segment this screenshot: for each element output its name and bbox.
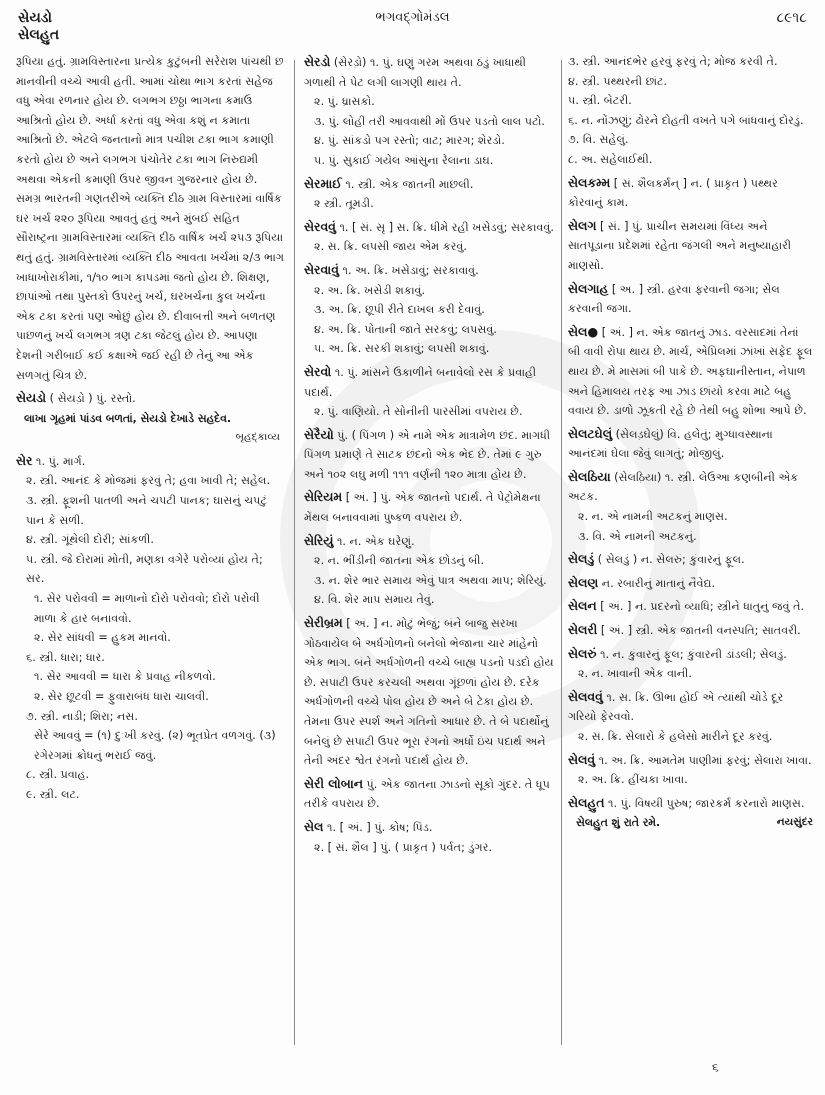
- headword: સેરડો: [304, 54, 330, 69]
- paragraph-continuation: રૂપિયા હતું. ગ્રામવિસ્તારના પ્રત્યેક કુટ…: [16, 52, 284, 385]
- definition: ૧. [ સં. સૃ ] સ. ક્રિ. ધીમે રહી ખસેડવું;…: [339, 221, 553, 234]
- headword: સેલગાહ: [568, 281, 608, 296]
- dictionary-entry: સેરમાઈ ૧. સ્ત્રી. એક જાતની માછલી. ૨ સ્ત્…: [304, 174, 554, 214]
- page-header: સેયડો સેલહુત ભગવદ્ગોમંડલ ૮૯૧૮: [18, 10, 807, 46]
- columns: રૂપિયા હતું. ગ્રામવિસ્તારના પ્રત્યેક કુટ…: [16, 52, 811, 1052]
- definition: ( સેયડ઼ો ) પું. રસ્તો.: [50, 392, 136, 405]
- definition: ૧. અ. ક્રિ. આમતેમ પાણીમાં ફરવું; સેલારા …: [599, 754, 812, 767]
- sense: ૫. સ્ત્રી. જે દોરામાં મોતી, મણકા વગેરે પ…: [16, 550, 284, 589]
- sense: ૫. સ્ત્રી. બેટરી.: [568, 91, 813, 111]
- sense: ૨. અ. ક્રિ. હીંચકા ખાવા.: [568, 770, 813, 790]
- sense: ૩. પું. લોહી તરી આવવાથી મોં ઉપર પડતો લાલ…: [304, 112, 554, 132]
- dictionary-entry: સેલગાહ [ અ. ] સ્ત્રી. હરવા ફરવાની જગા; સ…: [568, 279, 813, 319]
- guide-word-bottom: સેલહુત: [18, 27, 59, 43]
- definition: ( સેલડ઼ું ) ન. સેલરું; કુંવારનું ફૂલ.: [598, 553, 745, 566]
- sense: ૬. સ્ત્રી. ધારા; ધાર.: [16, 648, 284, 668]
- definition: [ અં. ] ન. પ્રદરનો વ્યાધિ; સ્ત્રીને ધાતુ…: [600, 600, 804, 613]
- dictionary-entry: સેલ● [ અં. ] ન. એક જાતનું ઝાડ. વરસાદમાં …: [568, 322, 813, 421]
- definition: (સેરડ઼ો) ૧. પું. ઘણું ગરમ અથવા ઠંડું ખાધ…: [304, 56, 526, 89]
- definition: ૧. પું. માર્ગ.: [36, 455, 85, 468]
- sense: ૩. વિ. એ નામની અટકનું.: [568, 527, 813, 547]
- sense: ૩. સ્ત્રી. ફૂશની પાતળી અને ચપટી પાનક; ઘા…: [16, 491, 284, 530]
- headword: સેલન: [568, 598, 597, 613]
- dictionary-entry: સેરડો (સેરડ઼ો) ૧. પું. ઘણું ગરમ અથવા ઠંડ…: [304, 52, 554, 171]
- headword: સેલવવું: [568, 689, 603, 704]
- definition: પું. ( પિંગળ ) એ નામે એક માત્રામેળ છંદ. …: [304, 429, 550, 481]
- sense: ૨. ન. ખાવાની એક વાની.: [568, 664, 813, 684]
- definition: ૧. ન. કુંવારનું ફૂલ; કુંવારની ડાંડલી; સે…: [600, 648, 787, 661]
- footer-mark: ૬: [712, 1060, 719, 1075]
- idiom: સેરે આવવું = (૧) દુઃખી કરવું. (૨) ભૂતપ્ર…: [16, 726, 284, 765]
- dictionary-entry: સેર ૧. પું. માર્ગ. ૨. સ્ત્રી. આનંદ કે મો…: [16, 451, 284, 805]
- book-title: ભગવદ્ગોમંડલ: [18, 10, 807, 25]
- quotation-source: નયસુંદર: [777, 813, 813, 833]
- dictionary-entry: સેલ ૧. [ અં. ] પું. કોષ; પિંડ. ૨. [ સં. …: [304, 817, 554, 857]
- headword: સેલવું: [568, 752, 595, 767]
- headword: સેરિયમ: [304, 489, 342, 504]
- dictionary-entry: સેલડું ( સેલડ઼ું ) ન. સેલરું; કુંવારનું …: [568, 549, 813, 570]
- sense: ૨. સ. ક્રિ. લપસી જાય એમ કરવું.: [304, 237, 554, 257]
- headword: સેરવો: [304, 364, 331, 379]
- dictionary-entry: સેરવાવું ૧. અ. ક્રિ. ખસેડાવું; સરકાવાવું…: [304, 260, 554, 359]
- idiom: ૨. સેર સાંધવી = હુકમ માનવો.: [16, 628, 284, 648]
- sense: ૨. અ. ક્રિ. ખસેડી શકાવું.: [304, 281, 554, 301]
- dictionary-entry: સેલવું ૧. અ. ક્રિ. આમતેમ પાણીમાં ફરવું; …: [568, 750, 813, 790]
- sense: ૭. વિ. સહેલું.: [568, 130, 813, 150]
- idiom: ૧. સેર પરોવવી = માળાનો દોરો પરોવવો; દોરો…: [16, 589, 284, 628]
- headword: સેલણ: [568, 575, 598, 590]
- sense: ૨. પું. વાણિયો. તે સોનીની પારસીમાં વપરાય…: [304, 402, 554, 422]
- sense: ૫. અ. ક્રિ. સરકી શકાવું; લપસી શકાવું.: [304, 339, 554, 359]
- headword: સેરવવું: [304, 219, 336, 234]
- headword: સેરવાવું: [304, 262, 339, 277]
- headword: સેરીબ્રમ: [304, 615, 343, 630]
- column-right: ૩. સ્ત્રી. આનંદભેર હરવું ફરવું તે; મોજ ક…: [568, 52, 813, 1052]
- dictionary-entry: સેલણ ન. રબારીનું માતાનું નૈવેદ્ય.: [568, 573, 813, 594]
- dictionary-entry: સેલન [ અં. ] ન. પ્રદરનો વ્યાધિ; સ્ત્રીને…: [568, 596, 813, 617]
- headword: સેર: [16, 453, 32, 468]
- headword: સેરી લોબાન: [304, 776, 363, 791]
- headword: સેલટઘેલું: [568, 426, 612, 441]
- definition: [ અં. ] ન. એક જાતનું ઝાડ. વરસાદમાં તેનાં…: [568, 326, 812, 417]
- headword: સેયડો: [16, 390, 46, 405]
- quotation-text: સેલહુત શું રાતે રમે.: [576, 816, 660, 829]
- sense: ૨. સ. ક્રિ. સેલારો કે હલેસો મારીને દૂર ક…: [568, 727, 813, 747]
- definition: [ અં. ] ન. મોટું ભેજું; બંને બાજુ સરખા ગ…: [304, 617, 554, 767]
- dictionary-entry: સેરૈયો પું. ( પિંગળ ) એ નામે એક માત્રામે…: [304, 425, 554, 485]
- sense: ૩. અ. ક્રિ. છૂપી રીતે દાખલ કરી દેવાવું.: [304, 300, 554, 320]
- continued-senses: ૩. સ્ત્રી. આનંદભેર હરવું ફરવું તે; મોજ ક…: [568, 52, 813, 170]
- column-divider: [561, 60, 562, 1045]
- sense: ૪. સ્ત્રી. ગૂંથેલી દોરી; સાંકળી.: [16, 530, 284, 550]
- quotation-source: બૃહદ્કાવ્ય: [16, 428, 284, 448]
- dictionary-entry: સેલઠિયા (સેલઠ઼િયા) ૧. સ્ત્રી. લેઉઆ કણબીન…: [568, 467, 813, 546]
- idiom: ૧. સેર આવવી = ધારા કે પ્રવાહ નીકળવો.: [16, 667, 284, 687]
- quotation: સેલહુત શું રાતે રમે. નયસુંદર: [568, 813, 813, 833]
- sense: ૨. [ સં. શૈલ ] પું. ( પ્રાકૃત ) પર્વત; ડ…: [304, 838, 554, 858]
- sense: ૪. સ્ત્રી. પથ્થરની છાંટ.: [568, 72, 813, 92]
- column-divider: [294, 60, 295, 1045]
- headword: સેલરું: [568, 646, 597, 661]
- headword: સેલડું: [568, 551, 594, 566]
- dictionary-entry: સેરવવું ૧. [ સં. સૃ ] સ. ક્રિ. ધીમે રહી …: [304, 217, 554, 257]
- sense: ૨ સ્ત્રી. તૂમડી.: [304, 194, 554, 214]
- headword: સેલ: [304, 819, 323, 834]
- dictionary-page: સેયડો સેલહુત ભગવદ્ગોમંડલ ૮૯૧૮ રૂપિયા હતુ…: [0, 0, 825, 1095]
- sense: ૯. સ્ત્રી. લટ.: [16, 785, 284, 805]
- dictionary-entry: સેલરું ૧. ન. કુંવારનું ફૂલ; કુંવારની ડાં…: [568, 644, 813, 684]
- definition: ન. રબારીનું માતાનું નૈવેદ્ય.: [602, 577, 715, 590]
- definition: ૧. [ અં. ] પું. કોષ; પિંડ.: [327, 821, 433, 834]
- sense: ૨. સ્ત્રી. આનંદ કે મોજમાં ફરવું તે; હવા …: [16, 471, 284, 491]
- quotation: લાખા ગૃહમાં પાંડવ બળતાં, સેયડો દેખાડે સહ…: [16, 409, 284, 429]
- headword: સેલરી: [568, 622, 597, 637]
- sense: ૮. અ. સહેલાઈથી.: [568, 150, 813, 170]
- sense: ૭. સ્ત્રી. નાડી; શિરા; નસ.: [16, 707, 284, 727]
- sense: ૪. અ. ક્રિ. પોતાની જાતે સરકવું; લપસવું.: [304, 320, 554, 340]
- idiom: ૨. સેર છૂટવી = ફુવારાબંધ ધારા ચાલવી.: [16, 687, 284, 707]
- definition: [ અં. ] સ્ત્રી. એક જાતની વનસ્પતિ; સાતવરી…: [601, 624, 801, 637]
- definition: ૧. સ્ત્રી. એક જાતની માછલી.: [345, 178, 473, 191]
- dictionary-entry: સેરિયું ૧. ન. એક ઘરેણું. ૨. ન. ભીંડીની જ…: [304, 531, 554, 610]
- headword: સેલગ: [568, 218, 596, 233]
- definition: ૧. ન. એક ઘરેણું.: [337, 535, 415, 548]
- sense: ૫. પું. સુકાઈ ગયેલ આંસુના રેલાના ડાઘ.: [304, 151, 554, 171]
- definition: ૧. પું. માંસને ઉકાળીને બનાવેલો રસ કે પ્ર…: [304, 366, 536, 399]
- headword: સેરિયું: [304, 533, 333, 548]
- headword: સેરમાઈ: [304, 176, 342, 191]
- definition: ૧. અ. ક્રિ. ખસેડાવું; સરકાવાવું.: [342, 264, 478, 277]
- headword: સેરૈયો: [304, 427, 334, 442]
- sense: ૩. ન. શેર ભાર સમાય એવું પાત્ર અથવા માપ; …: [304, 571, 554, 591]
- dictionary-entry: સેરવો ૧. પું. માંસને ઉકાળીને બનાવેલો રસ …: [304, 362, 554, 422]
- dictionary-entry: સેયડો ( સેયડ઼ો ) પું. રસ્તો. લાખા ગૃહમાં…: [16, 388, 284, 448]
- definition: ૧. પું. વિષયી પુરુષ; જારકર્મ કરનારો માણસ…: [608, 797, 805, 810]
- sense: ૪. વિ. શેર માપ સમાય તેવું.: [304, 590, 554, 610]
- sense: ૨. ન. ભીંડીની જાતના એક છોડનું બી.: [304, 551, 554, 571]
- definition: [ સં. ] પું. પ્રાચીન સમયમાં વિંધ્ય અને સ…: [568, 220, 791, 272]
- page-number: ૮૯૧૮: [776, 10, 807, 26]
- headword: સેલ●: [568, 324, 598, 339]
- dictionary-entry: સેલરી [ અં. ] સ્ત્રી. એક જાતની વનસ્પતિ; …: [568, 620, 813, 641]
- dictionary-entry: સેલગ [ સં. ] પું. પ્રાચીન સમયમાં વિંધ્ય …: [568, 216, 813, 276]
- dictionary-entry: સેલકમ્મ [ સં. શૈલકર્મન્ ] ન. ( પ્રાકૃત )…: [568, 173, 813, 213]
- headword: સેલઠિયા: [568, 469, 611, 484]
- sense: ૩. સ્ત્રી. આનંદભેર હરવું ફરવું તે; મોજ ક…: [568, 52, 813, 72]
- dictionary-entry: સેરી લોબાન પું. એક જાતના ઝાડનો સૂકો ગુંદ…: [304, 774, 554, 814]
- sense: ૨. પું. ધ્રાસકો.: [304, 92, 554, 112]
- dictionary-entry: સેરીબ્રમ [ અં. ] ન. મોટું ભેજું; બંને બા…: [304, 613, 554, 771]
- sense: ૪. પું. સાંકડો પગ રસ્તો; વાટ; મારગ; શેરડ…: [304, 131, 554, 151]
- sense: ૬. ન. નોંઝણું; ઢોરને દોહતી વખતે પગે બાંધ…: [568, 111, 813, 131]
- dictionary-entry: સેરિયમ [ અં. ] પું. એક જાતનો પદાર્થ. તે …: [304, 487, 554, 527]
- dictionary-entry: સેલવવું ૧. સ. ક્રિ. ઊભા હોઈ એ ત્યાંથી ચો…: [568, 687, 813, 747]
- dictionary-entry: સેલટઘેલું (સેલડ઼ઘેલું) વિ. હલેતું; મુગ્ધ…: [568, 424, 813, 464]
- sense: ૮. સ્ત્રી. પ્રવાહ.: [16, 765, 284, 785]
- dictionary-entry: સેલહુત ૧. પું. વિષયી પુરુષ; જારકર્મ કરના…: [568, 793, 813, 833]
- column-left: રૂપિયા હતું. ગ્રામવિસ્તારના પ્રત્યેક કુટ…: [16, 52, 284, 1052]
- column-middle: સેરડો (સેરડ઼ો) ૧. પું. ઘણું ગરમ અથવા ઠંડ…: [304, 52, 554, 1052]
- sense: ૨. ન. એ નામની અટકનું માણસ.: [568, 507, 813, 527]
- headword: સેલકમ્મ: [568, 175, 610, 190]
- headword: સેલહુત: [568, 795, 604, 810]
